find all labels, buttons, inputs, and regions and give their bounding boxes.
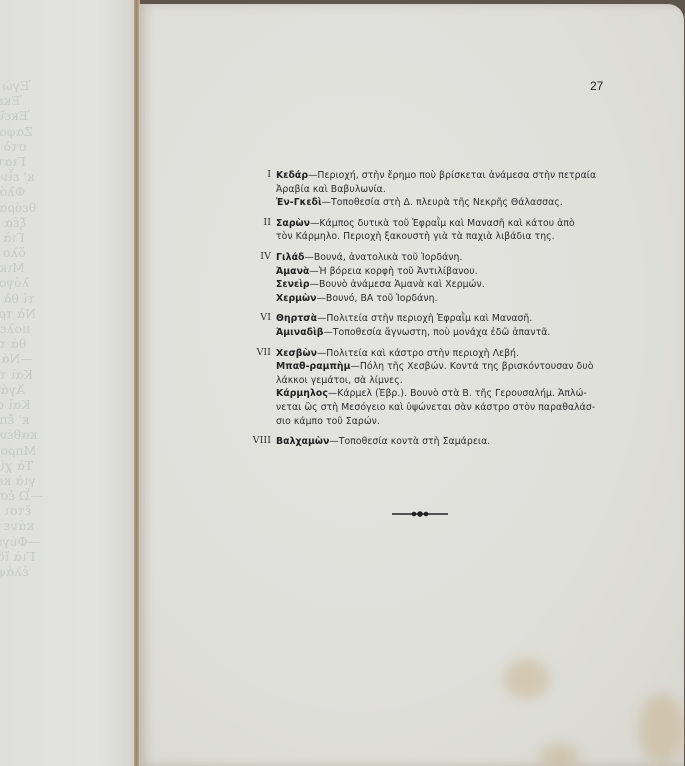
glossary-group-i: I Κεδάρ—Περιοχή, στὴν ἔρημο ποὺ βρίσκετα… — [240, 169, 640, 210]
bleed-line: Μπροσ — [0, 443, 52, 458]
entry-definition: —Τοποθεσία κοντὰ στὴ Σαμάρεια. — [329, 436, 490, 447]
entry-definition: —Πολιτεία καὶ κάστρο στὴν περιοχὴ Λεβή. — [317, 348, 519, 359]
entry-term: Χεσβὼν — [276, 348, 317, 359]
bleed-line: Τὰ χίλ — [0, 458, 52, 473]
fleuron-ornament-icon — [392, 510, 448, 518]
entry-continuation: τὸν Κάρμηλο. Περιοχὴ ξακουστὴ γιὰ τὰ παχ… — [276, 230, 640, 244]
bleed-line: καθένο — [0, 427, 52, 442]
bleed-line: Γιὰ τ — [0, 230, 52, 245]
paper-stain — [504, 659, 549, 699]
glossary-entry: Χεσβὼν—Πολιτεία καὶ κάστρο στὴν περιοχὴ … — [276, 347, 640, 361]
glossary-entry: Βαλχαμὼν—Τοποθεσία κοντὰ στὴ Σαμάρεια. — [276, 435, 640, 449]
glossary-group-ii: II Σαρὼν—Κάμπος δυτικὰ τοῦ Ἐφραῒμ καὶ Μα… — [240, 217, 640, 244]
bleed-line: Ἐγὼ ε — [0, 78, 52, 93]
bleed-line: Ἐκεῖν — [0, 108, 52, 123]
entry-definition: —Τοποθεσία ἄγνωστη, ποὺ μονάχα ἐδῶ ἀπαντ… — [323, 327, 550, 338]
entry-term: Θηρτσὰ — [276, 313, 317, 324]
bleed-line: Ἐκεῖ — [0, 93, 52, 108]
entry-definition: —Πόλη τῆς Χεσβών. Κοντά της βρισκόντουσα… — [351, 361, 594, 372]
section-numeral: IV — [240, 251, 271, 262]
bleed-line: Νὰ τρε — [0, 306, 52, 321]
bleed-line: —Ὦ ἐσύ — [0, 488, 52, 503]
entry-continuation: νεται ὣς στὴ Μεσόγειο καὶ ὑψώνεται σὰν κ… — [276, 401, 640, 415]
bleed-line: Καὶ σ' — [0, 397, 52, 412]
glossary-group-iv: IV Γιλάδ—Βουνά, ἀνατολικὰ τοῦ Ἰορδάνη. Ἀ… — [240, 251, 640, 305]
entry-term: Χερμὼν — [276, 293, 317, 304]
bleed-line: γιὰ κεί — [0, 473, 52, 488]
glossary-entry: Σενεὶρ—Βουνὸ ἀνάμεσα Ἀμανὰ καὶ Χερμών. — [276, 278, 640, 292]
glossary-entry: Θηρτσὰ—Πολιτεία στὴν περιοχὴ Ἐφραῒμ καὶ … — [276, 312, 640, 326]
entry-definition: —Περιοχή, στὴν ἔρημο ποὺ βρίσκεται ἀνάμε… — [308, 170, 596, 181]
bleed-line: ὅλο τ — [0, 245, 52, 260]
entry-term: Ἀμανὰ — [276, 266, 309, 277]
entry-term: Κάρμηλος — [276, 388, 328, 399]
entry-term: Ἀμιναδὶβ — [276, 327, 323, 338]
entry-term: Σαρὼν — [276, 218, 310, 229]
section-numeral: I — [240, 169, 271, 180]
entry-definition: —Τοποθεσία στὴ Δ. πλευρὰ τῆς Νεκρῆς Θάλα… — [322, 197, 563, 208]
bleed-line: κάνε κ — [0, 518, 52, 533]
entry-term: Κεδάρ — [276, 170, 308, 181]
bleed-line: λόγος — [0, 275, 52, 290]
entry-continuation: σιο κάμπο τοῦ Σαρών. — [276, 415, 640, 429]
bleed-line: Καὶ τό — [0, 367, 52, 382]
entry-definition: —Κάρμελ (Ἑβρ.). Βουνὸ στὰ Β. τῆς Γερουσα… — [328, 388, 587, 399]
entry-definition: —Κάμπος δυτικὰ τοῦ Ἐφραῒμ καὶ Μανασῆ καὶ… — [310, 218, 575, 229]
entry-term: Μπαθ-ραμπὴμ — [276, 361, 351, 372]
bleed-line: στὸ ν — [0, 139, 52, 154]
glossary-entry: Γιλάδ—Βουνά, ἀνατολικὰ τοῦ Ἰορδάνη. — [276, 251, 640, 265]
bleed-line: τί θὰ τ — [0, 291, 52, 306]
bleed-line: κ' ἔπρ — [0, 412, 52, 427]
page-number: 27 — [590, 79, 603, 93]
entry-term: Γιλάδ — [276, 252, 304, 263]
entry-continuation: Ἀραβία καὶ Βαβυλωνία. — [276, 183, 640, 197]
bleed-line: Φλόγ — [0, 184, 52, 199]
bleed-line: ξέα ἄ — [0, 215, 52, 230]
glossary-entry: Ἀμανὰ—Ἡ βόρεια κορφὴ τοῦ Ἀντιλίβανου. — [276, 265, 640, 279]
entry-definition: —Βουνὸ ἀνάμεσα Ἀμανὰ καὶ Χερμών. — [310, 279, 485, 290]
section-numeral: VII — [240, 347, 271, 358]
bleed-line: Γιὰ ἴδι — [0, 549, 52, 564]
glossary: I Κεδάρ—Περιοχή, στὴν ἔρημο ποὺ βρίσκετα… — [240, 169, 640, 456]
bleed-line: Μικρ — [0, 260, 52, 275]
glossary-entry: Μπαθ-ραμπὴμ—Πόλη τῆς Χεσβών. Κοντά της β… — [276, 360, 640, 387]
bleed-line: θὰ τη — [0, 336, 52, 351]
glossary-group-viii: VIII Βαλχαμὼν—Τοποθεσία κοντὰ στὴ Σαμάρε… — [240, 435, 640, 449]
bleed-line: κ' εἶνα — [0, 169, 52, 184]
bleed-line: θεόρατ — [0, 200, 52, 215]
entry-definition: —Πολιτεία στὴν περιοχὴ Ἐφραῒμ καὶ Μανασῆ… — [317, 313, 532, 324]
glossary-entry: Ἀμιναδὶβ—Τοποθεσία ἄγνωστη, ποὺ μονάχα ἐ… — [276, 326, 640, 340]
paper-stain — [539, 744, 579, 766]
glossary-entry: Σαρὼν—Κάμπος δυτικὰ τοῦ Ἐφραῒμ καὶ Μανασ… — [276, 217, 640, 244]
bleed-line: —Φύγε, — [0, 534, 52, 549]
bleed-line: ἔτσι π — [0, 503, 52, 518]
left-page: Ἐγὼ ε Ἐκεῖ Ἐκεῖν Ζαφορ στὸ ν Γιατὶ κ' εἶ… — [0, 0, 137, 766]
bleed-line: ἐλάφι — [0, 564, 52, 579]
paper-stain — [639, 694, 684, 764]
section-numeral: II — [240, 217, 271, 228]
entry-continuation: λάκκοι γεμάτοι, σὰ λίμνες. — [276, 374, 640, 388]
entry-term: Ἐν-Γκεδὶ — [276, 197, 322, 208]
section-numeral: VI — [240, 312, 271, 323]
entry-definition: —Βουνά, ἀνατολικὰ τοῦ Ἰορδάνη. — [304, 252, 462, 263]
glossary-entry: Κάρμηλος—Κάρμελ (Ἑβρ.). Βουνὸ στὰ Β. τῆς… — [276, 387, 640, 428]
bleed-line: Γιατὶ — [0, 154, 52, 169]
section-numeral: VIII — [240, 435, 271, 446]
glossary-group-vi: VI Θηρτσὰ—Πολιτεία στὴν περιοχὴ Ἐφραῒμ κ… — [240, 312, 640, 339]
bleed-line: Ἀγάπ — [0, 382, 52, 397]
glossary-entry: Χερμὼν—Βουνό, ΒΑ τοῦ Ἰορδάνη. — [276, 292, 640, 306]
glossary-group-vii: VII Χεσβὼν—Πολιτεία καὶ κάστρο στὴν περι… — [240, 347, 640, 429]
entry-definition: —Ἡ βόρεια κορφὴ τοῦ Ἀντιλίβανου. — [309, 266, 477, 277]
entry-term: Βαλχαμὼν — [276, 436, 329, 447]
bleed-line: Ζαφορ — [0, 124, 52, 139]
bleedthrough-text: Ἐγὼ ε Ἐκεῖ Ἐκεῖν Ζαφορ στὸ ν Γιατὶ κ' εἶ… — [0, 78, 52, 579]
entry-term: Σενεὶρ — [276, 279, 310, 290]
glossary-entry: Κεδάρ—Περιοχή, στὴν ἔρημο ποὺ βρίσκεται … — [276, 169, 640, 196]
bleed-line: —Νά ! — [0, 351, 52, 366]
entry-definition: —Βουνό, ΒΑ τοῦ Ἰορδάνη. — [317, 293, 438, 304]
bleed-line: πολεμ — [0, 321, 52, 336]
glossary-entry: Ἐν-Γκεδὶ—Τοποθεσία στὴ Δ. πλευρὰ τῆς Νεκ… — [276, 196, 640, 210]
